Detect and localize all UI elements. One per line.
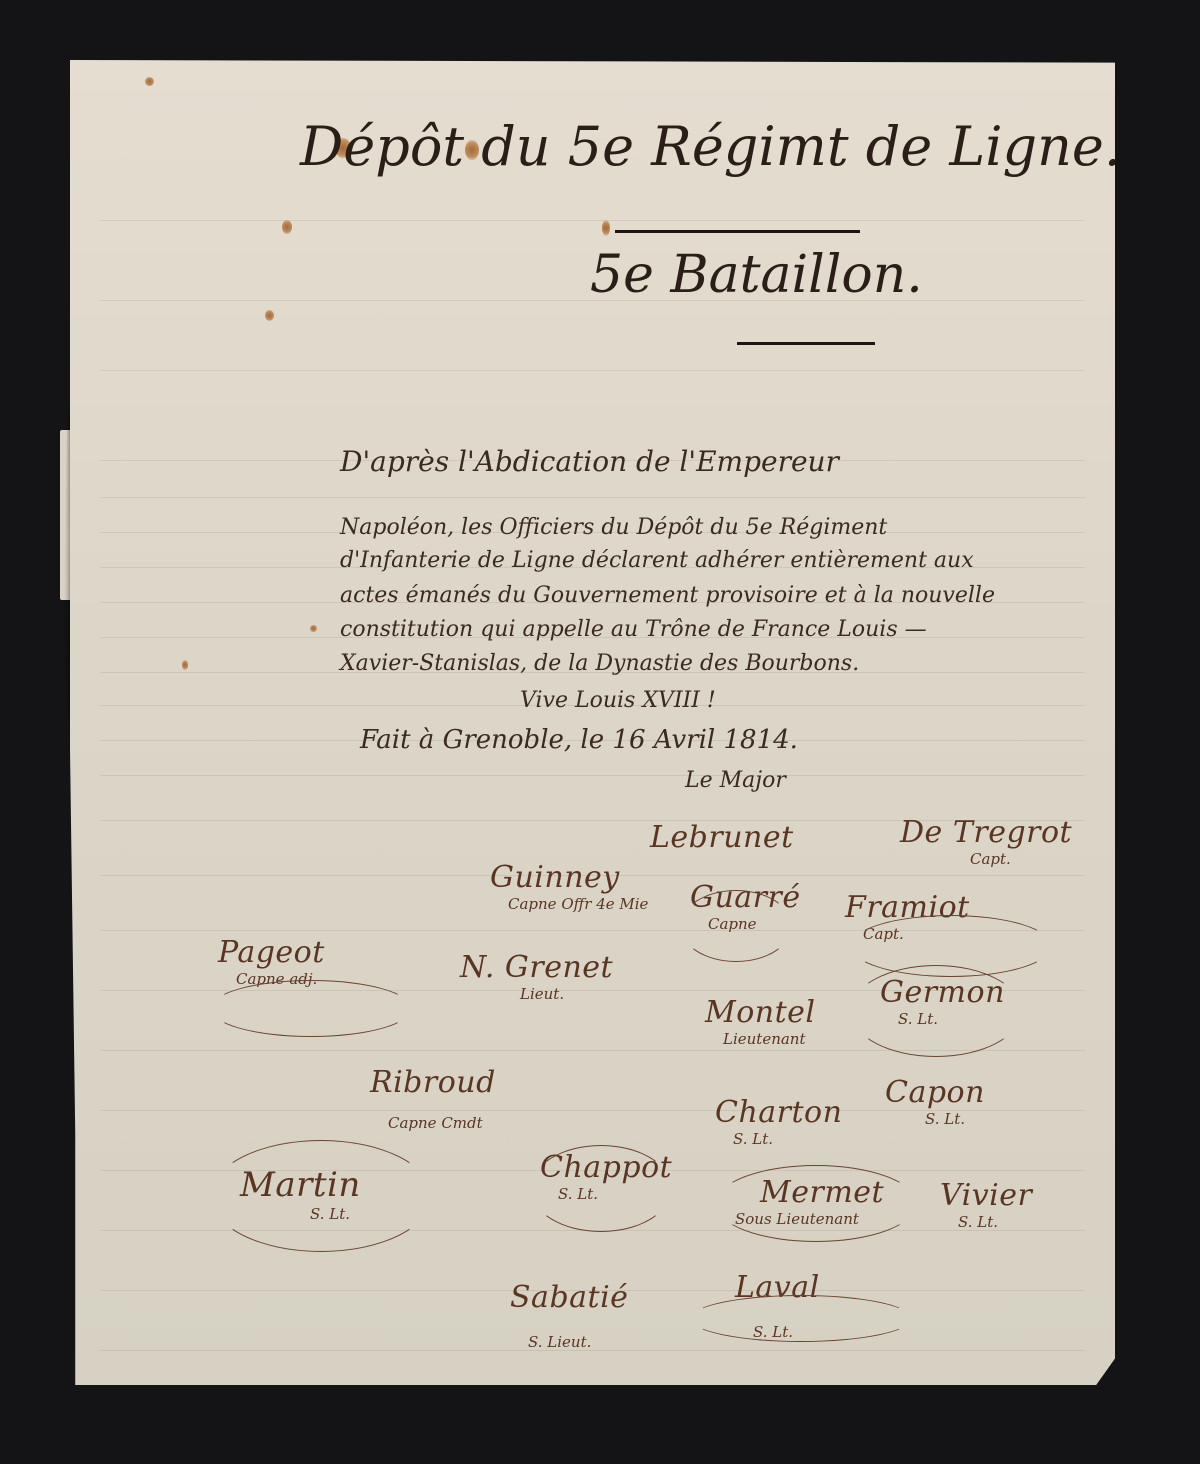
body-line-6: Xavier-Stanislas, de la Dynastie des Bou… bbox=[340, 651, 859, 676]
heading-divider bbox=[615, 230, 860, 233]
signature: De Tregrot Capt. bbox=[900, 815, 1072, 868]
signature-flourish bbox=[690, 1295, 912, 1342]
signature-flourish bbox=[210, 980, 412, 1037]
foxing-stain bbox=[602, 220, 610, 236]
manuscript-page: Dépôt du 5e Régimt de Ligne. 5e Bataillo… bbox=[70, 60, 1115, 1385]
acclamation: Vive Louis XVIII ! bbox=[520, 688, 716, 713]
signature-flourish bbox=[530, 1145, 672, 1232]
body-line-2: Napoléon, les Officiers du Dépôt du 5e R… bbox=[340, 515, 887, 540]
foxing-stain bbox=[282, 220, 292, 234]
body-line-5: constitution qui appelle au Trône de Fra… bbox=[340, 617, 927, 642]
battalion-divider bbox=[737, 342, 875, 345]
document-heading: Dépôt du 5e Régimt de Ligne. bbox=[300, 115, 1121, 178]
battalion-heading: 5e Bataillon. bbox=[590, 245, 923, 305]
signature: Sabatié S. Lieut. bbox=[510, 1280, 628, 1351]
body-line-4: actes émanés du Gouvernement provisoire … bbox=[340, 583, 995, 608]
body-line-1: D'après l'Abdication de l'Empereur bbox=[340, 445, 839, 478]
foxing-stain bbox=[145, 77, 154, 86]
foxing-stain bbox=[182, 660, 188, 670]
signature: N. Grenet Lieut. bbox=[460, 950, 613, 1003]
signature: Vivier S. Lt. bbox=[940, 1178, 1032, 1231]
signature: Capon S. Lt. bbox=[885, 1075, 985, 1128]
signature: Charton S. Lt. bbox=[715, 1095, 842, 1148]
signatory-title: Le Major bbox=[685, 768, 786, 793]
signature-flourish bbox=[210, 1140, 432, 1252]
signature-flourish bbox=[850, 965, 1022, 1057]
place-date: Fait à Grenoble, le 16 Avril 1814. bbox=[360, 725, 798, 755]
signature-flourish bbox=[715, 1165, 917, 1242]
body-line-3: d'Infanterie de Ligne déclarent adhérer … bbox=[340, 548, 974, 573]
foxing-stain bbox=[310, 625, 317, 632]
signature: Guinney Capne Offr 4e Mie bbox=[490, 860, 648, 913]
signature: Ribroud Capne Cmdt bbox=[370, 1065, 496, 1132]
signature-flourish bbox=[680, 890, 792, 962]
signature: Montel Lieutenant bbox=[705, 995, 816, 1048]
foxing-stain bbox=[265, 310, 274, 321]
signature: Lebrunet bbox=[650, 820, 794, 855]
